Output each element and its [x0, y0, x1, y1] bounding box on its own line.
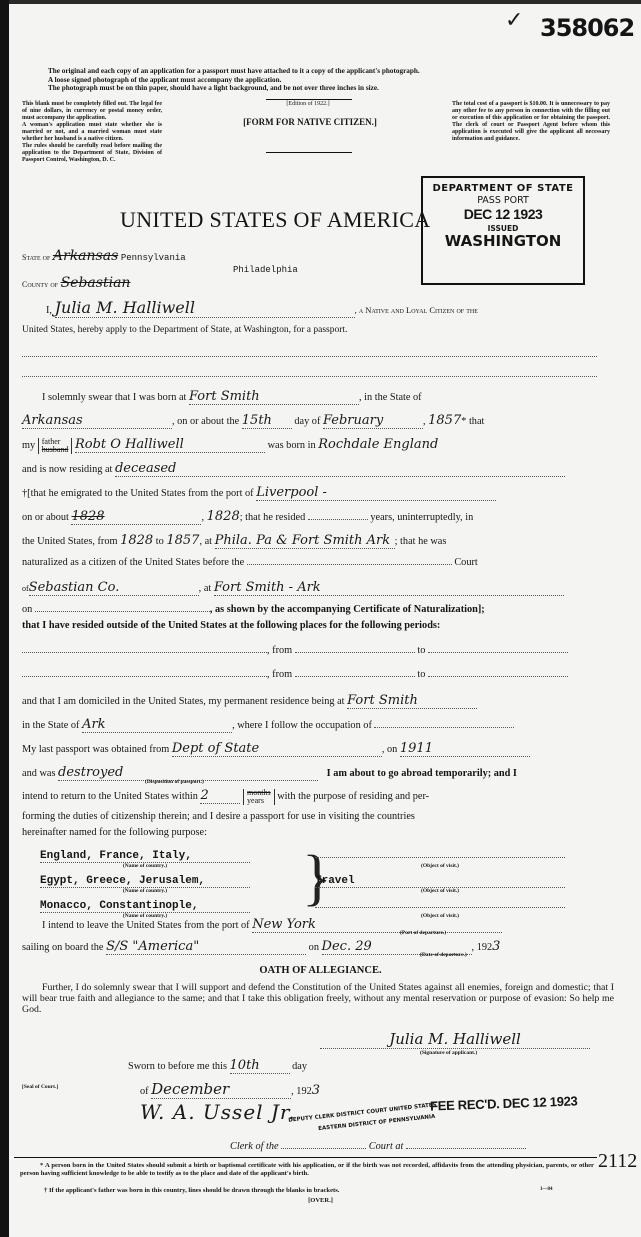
- applicant-signature: Julia M. Halliwell: [320, 1030, 590, 1049]
- abroad-to: [428, 652, 568, 653]
- father-name: Robt O Halliwell: [75, 437, 265, 453]
- applicant-line2: United States, hereby apply to the Depar…: [22, 325, 347, 335]
- residing-line: and is now residing at deceased: [22, 461, 612, 477]
- scan-edge-top: [0, 0, 641, 4]
- footnote-father: † If the applicant's father was born in …: [44, 1187, 514, 1194]
- naturalized-line: naturalized as a citizen of the United S…: [22, 557, 612, 568]
- us-at-label: , at: [199, 536, 212, 547]
- abroad-from-label: , from: [267, 645, 292, 656]
- signature-caption: (Signature of applicant.): [420, 1050, 477, 1056]
- county-label: County of: [22, 280, 58, 289]
- cert-label: , as shown by the accompanying Certifica…: [210, 604, 485, 615]
- resided-years: [308, 519, 368, 520]
- clerk-line: Clerk of the Court at: [230, 1141, 590, 1152]
- state-struck-value: Arkansas: [53, 248, 118, 264]
- abroad-intro: that I have resided outside of the Unite…: [22, 620, 622, 631]
- birth-line1: I solemnly swear that I was born at Fort…: [42, 389, 602, 405]
- domicile-line: and that I am domiciled in the United St…: [22, 693, 622, 709]
- court-at-value: Fort Smith - Ark: [214, 580, 564, 596]
- last-passport-from: Dept of State: [172, 741, 382, 757]
- ship-name: S/S "America": [106, 939, 306, 955]
- us-from-label: the United States, from: [22, 536, 118, 547]
- us-at-place: Phila. Pa & Fort Smith Ark: [215, 533, 395, 549]
- last-passport-on-label: , on: [382, 744, 397, 755]
- state-label: State of: [22, 253, 50, 262]
- state-field: State of Arkansas Pennsylvania: [22, 248, 186, 264]
- oath-text: Further, I do solemnly swear that I will…: [22, 982, 614, 1015]
- court-of-label: of: [22, 584, 29, 593]
- photo-notice: The original and each copy of an applica…: [48, 67, 608, 93]
- object-value: Travel: [315, 875, 565, 888]
- years-label: years, uninterruptedly, in: [370, 512, 473, 523]
- county-typed-value: Philadelphia: [233, 265, 298, 275]
- option-husband: husband: [42, 446, 69, 454]
- country-row: Egypt, Greece, Jerusalem, (Name of count…: [40, 870, 260, 894]
- birth-line2: Arkansas, on or about the 15th day of Fe…: [22, 413, 612, 429]
- divider: [266, 152, 352, 153]
- object-row: (Object of visit.): [315, 895, 565, 919]
- birth-state: Arkansas: [22, 413, 172, 429]
- scan-edge-left: [0, 0, 9, 1237]
- abroad-from: [295, 652, 415, 653]
- abroad-to-label: to: [417, 645, 425, 656]
- naturalized-court: [247, 564, 452, 565]
- left-notice-p1: This blank must be completely filled out…: [22, 101, 162, 122]
- departure-year-prefix: , 192: [472, 942, 493, 953]
- photo-notice-line: The photograph must be on thin paper, sh…: [48, 84, 608, 93]
- sworn-year-digit: 3: [312, 1083, 320, 1098]
- arrival-label: on or about: [22, 512, 69, 523]
- last-passport-on: 1911: [400, 741, 530, 757]
- us-from-year: 1828: [120, 533, 153, 548]
- cert-on-label: on: [22, 604, 32, 615]
- left-notice: This blank must be completely filled out…: [22, 101, 162, 164]
- and-was-label: and was: [22, 768, 55, 779]
- hereinafter-text: hereinafter named for the following purp…: [22, 827, 622, 838]
- domicile-label: and that I am domiciled in the United St…: [22, 696, 345, 707]
- arrival-struck: 1828: [71, 509, 201, 525]
- footnote-birth: * A person born in the United States sho…: [20, 1162, 594, 1177]
- birth-month-label: day of: [294, 416, 320, 427]
- return-line: intend to return to the United States wi…: [22, 788, 622, 805]
- emigrated-line: †[that he emigrated to the United States…: [22, 485, 612, 501]
- country-name: Monacco, Constantinople,: [40, 900, 250, 913]
- domicile-state: Ark: [82, 717, 232, 733]
- country-name: Egypt, Greece, Jerusalem,: [40, 875, 250, 888]
- occupation-value: [374, 727, 514, 728]
- applicant-name: Julia M. Halliwell: [55, 298, 355, 318]
- edition-label: [Edition of 1922.]: [228, 101, 388, 107]
- departure-port-label: I intend to leave the United States from…: [42, 920, 250, 931]
- clerk-court-at-label: Court at: [369, 1141, 404, 1152]
- abroad-text: I am about to go abroad temporarily; and…: [327, 768, 517, 779]
- birth-year: 1857: [428, 413, 461, 428]
- birth-day: 15th: [242, 413, 292, 429]
- birth-on-label: , on or about the: [172, 416, 239, 427]
- divider: [266, 99, 352, 100]
- county-field: County of Sebastian: [22, 275, 130, 291]
- sailing-on-label: on: [309, 942, 319, 953]
- object-caption: (Object of visit.): [315, 888, 565, 894]
- abroad-to: [428, 676, 568, 677]
- object-caption: (Object of visit.): [315, 863, 565, 869]
- resided-label: ; that he resided: [240, 512, 305, 523]
- court-line: ofSebastian Co., at Fort Smith - Ark: [22, 580, 612, 596]
- clerk-of-value: [281, 1148, 366, 1149]
- object-row: (Object of visit.): [315, 845, 565, 869]
- county-struck-value: Sebastian: [61, 275, 131, 291]
- departure-port: New York: [252, 917, 502, 933]
- serial-number: 358062: [540, 14, 634, 42]
- birth-state-label: , in the State of: [359, 392, 422, 403]
- stamp-line2: PASS PORT: [423, 196, 583, 206]
- disposition-line: and was destroyed I am about to go abroa…: [22, 765, 622, 781]
- state-typed-value: Pennsylvania: [121, 253, 186, 263]
- sworn-month: December: [151, 1080, 291, 1099]
- father-born-label: was born in: [268, 440, 316, 451]
- country-caption: (Name of country.): [40, 863, 250, 869]
- clerk-court-at-value: [406, 1148, 526, 1149]
- photo-notice-line: The original and each copy of an applica…: [48, 67, 608, 76]
- sworn-year-prefix: , 192: [291, 1086, 312, 1097]
- residing-label: and is now residing at: [22, 464, 112, 475]
- form-code: 1—84: [540, 1187, 553, 1192]
- blank-line: [22, 356, 597, 357]
- court-of-value: Sebastian Co.: [29, 580, 199, 596]
- option-years: years: [247, 797, 271, 805]
- sworn-label: Sworn to before me this: [128, 1061, 227, 1072]
- occupation-label: , where I follow the occupation of: [232, 720, 372, 731]
- birth-label: I solemnly swear that I was born at: [42, 392, 186, 403]
- object-value: [315, 895, 565, 908]
- left-notice-p2: A woman's application must state whether…: [22, 122, 162, 143]
- clerk-signature: W. A. Ussel Jr.: [140, 1100, 296, 1124]
- last-passport-line: My last passport was obtained from Dept …: [22, 741, 622, 757]
- blank-line: [22, 376, 597, 377]
- country-row: Monacco, Constantinople, (Name of countr…: [40, 895, 260, 919]
- father-line: my father husband Robt O Halliwell was b…: [22, 437, 612, 454]
- birth-post: * that: [461, 416, 484, 427]
- country-row: England, France, Italy, (Name of country…: [40, 845, 260, 869]
- abroad-row: , from to: [22, 645, 612, 656]
- country-name: England, France, Italy,: [40, 850, 250, 863]
- seal-of-court: [Seal of Court.]: [22, 1084, 58, 1090]
- disposition-caption: (Disposition of passport.): [145, 779, 204, 785]
- last-passport-label: My last passport was obtained from: [22, 744, 169, 755]
- sworn-of-label: of: [140, 1086, 149, 1097]
- birth-place: Fort Smith: [189, 389, 359, 405]
- departure-port-line: I intend to leave the United States from…: [42, 917, 622, 933]
- form-type-label: [FORM FOR NATIVE CITIZEN.]: [210, 117, 410, 127]
- applicant-suffix: , a Native and Loyal Citizen of the: [355, 305, 478, 315]
- birth-month: February: [323, 413, 423, 429]
- applicant-line: I, Julia M. Halliwell, a Native and Loya…: [46, 298, 616, 318]
- sailing-label: sailing on board the: [22, 942, 104, 953]
- us-to-year: 1857: [166, 533, 199, 548]
- stamp-line1: DEPARTMENT OF STATE: [423, 184, 583, 194]
- clerk-of-label: Clerk of the: [230, 1141, 279, 1152]
- country-caption: (Name of country.): [40, 888, 250, 894]
- father-husband-choice: father husband: [38, 438, 73, 454]
- stamp-line4: ISSUED: [423, 225, 583, 233]
- domicile-state-line: in the State of Ark, where I follow the …: [22, 717, 622, 733]
- abroad-place: [22, 652, 267, 653]
- passport-issued-stamp: DEPARTMENT OF STATE PASS PORT DEC 12 192…: [421, 176, 585, 285]
- check-mark-icon: ✓: [505, 8, 523, 33]
- sworn-day-label: day: [292, 1061, 307, 1072]
- abroad-row: , from to: [22, 669, 612, 680]
- purpose-text: with the purpose of residing and per-: [277, 791, 429, 802]
- arrival-line: on or about 1828, 1828; that he resided …: [22, 509, 612, 525]
- was-label: ; that he was: [395, 536, 447, 547]
- months-years-choice: months years: [243, 789, 275, 805]
- sailing-line: sailing on board the S/S "America" on De…: [22, 939, 622, 955]
- applicant-prefix: I,: [46, 305, 52, 316]
- cert-line: on , as shown by the accompanying Certif…: [22, 604, 622, 615]
- residing-value: deceased: [115, 461, 565, 477]
- photo-notice-line: A loose signed photograph of the applica…: [48, 76, 608, 85]
- object-row: Travel (Object of visit.): [315, 870, 565, 894]
- sworn-month-line: of December, 1923: [140, 1080, 440, 1099]
- emigrated-port: Liverpool -: [256, 485, 496, 501]
- oath-title: OATH OF ALLEGIANCE.: [0, 965, 641, 976]
- sworn-day: 10th: [230, 1058, 290, 1074]
- arrival-year: 1828: [207, 509, 240, 524]
- naturalized-label: naturalized as a citizen of the United S…: [22, 557, 244, 568]
- abroad-place: [22, 676, 267, 677]
- cert-date: [35, 611, 210, 612]
- domicile-state-label: in the State of: [22, 720, 79, 731]
- right-notice: The total cost of a passport is $10.00. …: [452, 101, 610, 143]
- court-label: Court: [454, 557, 477, 568]
- object-value: [315, 845, 565, 858]
- us-residence-line: the United States, from 1828 to 1857, at…: [22, 533, 612, 549]
- duties-text: forming the duties of citizenship therei…: [22, 811, 622, 822]
- abroad-from-label: , from: [267, 669, 292, 680]
- stamp-line5: WASHINGTON: [423, 234, 583, 249]
- port-caption: (Port of departure.): [400, 930, 446, 936]
- domicile-residence: Fort Smith: [347, 693, 477, 709]
- divider: [14, 1157, 597, 1158]
- return-value: 2: [200, 788, 240, 804]
- court-at-label: , at: [199, 583, 212, 594]
- date-caption: (Date of departure.): [420, 952, 467, 958]
- emigrated-label: †[that he emigrated to the United States…: [22, 488, 254, 499]
- over-label: [OVER.]: [0, 1197, 641, 1204]
- abroad-from: [295, 676, 415, 677]
- father-birthplace: Rochdale England: [318, 437, 438, 452]
- abroad-to-label: to: [417, 669, 425, 680]
- page-number: 2112: [598, 1150, 637, 1173]
- father-my: my: [22, 440, 35, 451]
- us-to-label: to: [156, 536, 164, 547]
- sworn-line: Sworn to before me this 10th day: [128, 1058, 428, 1074]
- left-notice-p3: The rules should be carefully read befor…: [22, 143, 162, 164]
- stamp-date: DEC 12 1923: [423, 207, 583, 221]
- departure-year-digit: 3: [492, 939, 500, 954]
- return-label: intend to return to the United States wi…: [22, 791, 198, 802]
- fee-received-stamp: FEE REC'D. DEC 12 1923: [430, 1093, 578, 1113]
- page-title: UNITED STATES OF AMERICA: [120, 207, 430, 233]
